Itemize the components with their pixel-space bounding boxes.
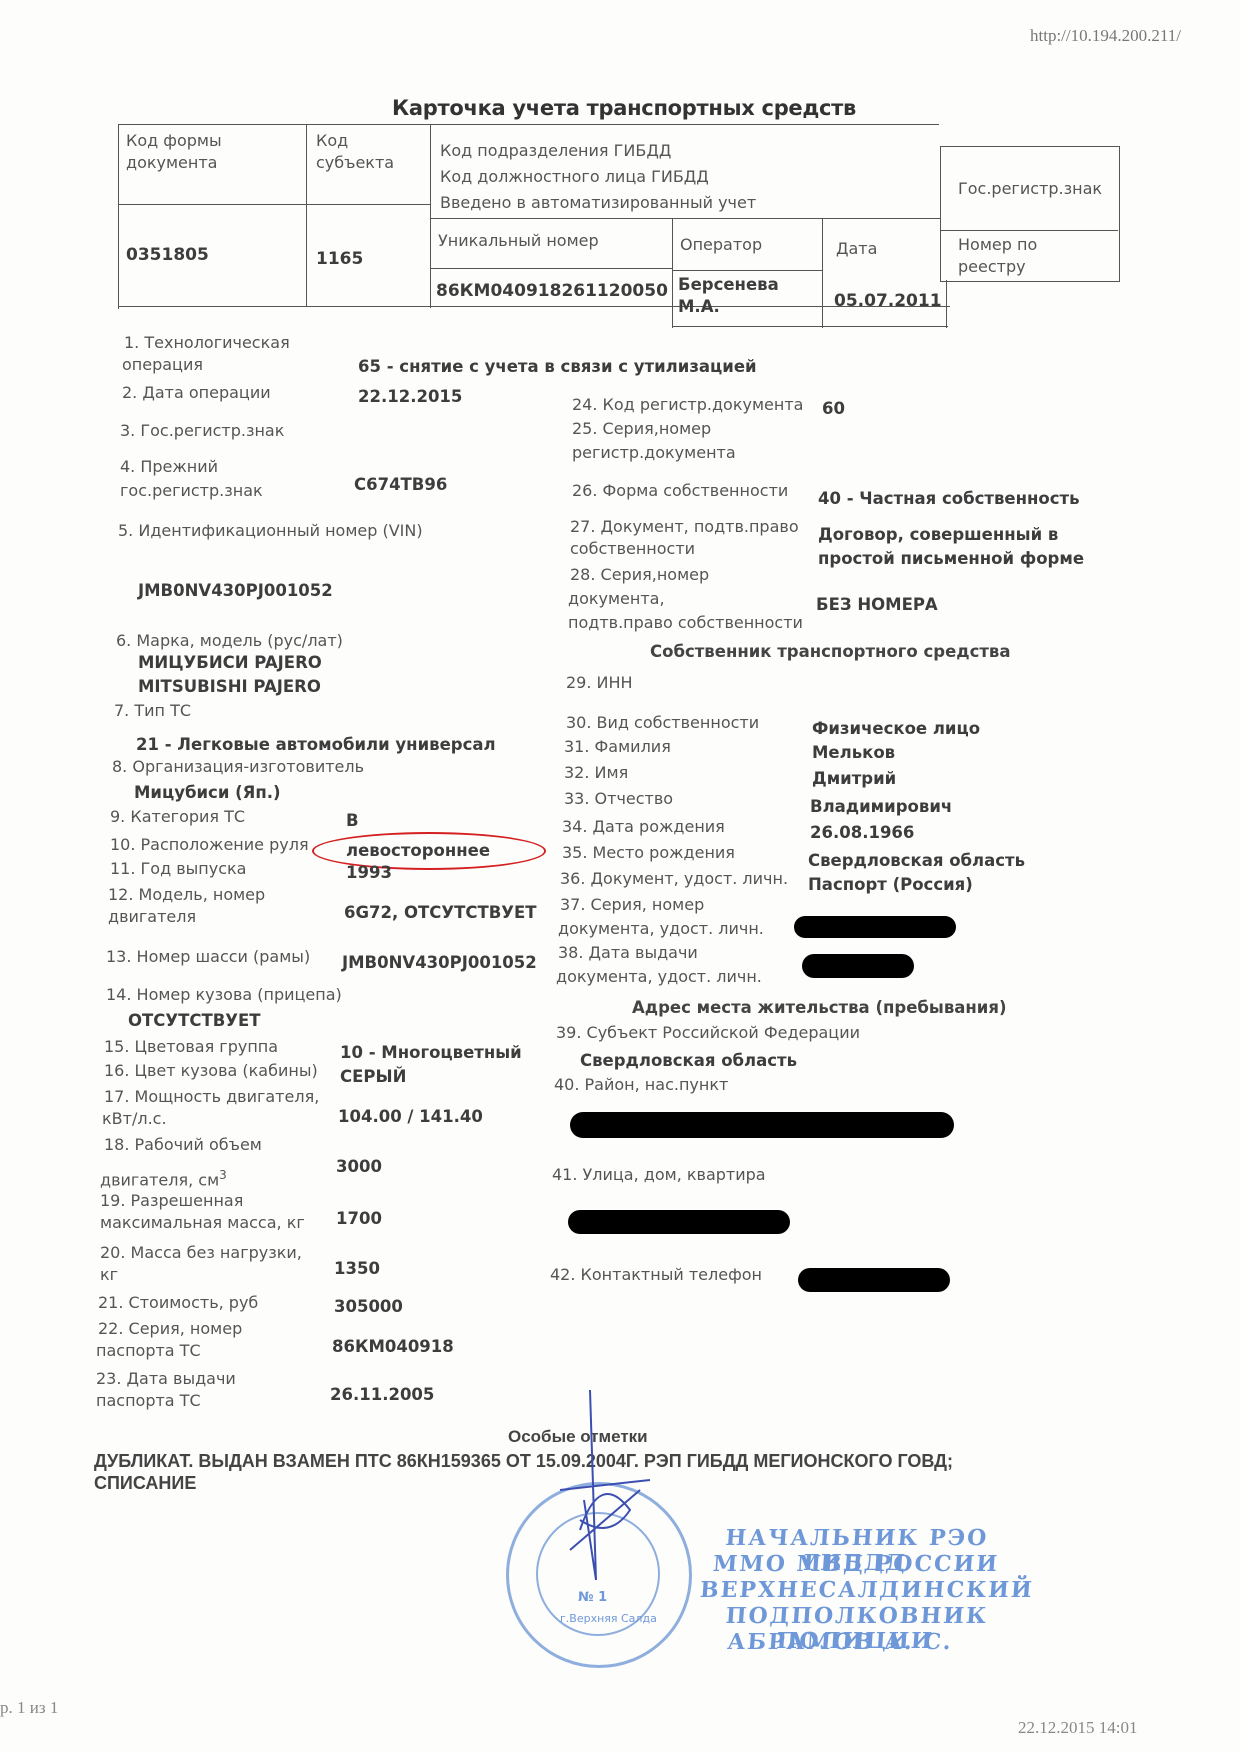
field-12-value: 6G72, ОТСУТСТВУЕТ <box>344 902 537 924</box>
field-32-value: Дмитрий <box>812 768 896 790</box>
field-19-value: 1700 <box>336 1208 382 1230</box>
special-marks-line-1: ДУБЛИКАТ. ВЫДАН ВЗАМЕН ПТС 86КН159365 ОТ… <box>94 1450 953 1472</box>
field-17-label: 17. Мощность двигателя, <box>104 1086 319 1108</box>
field-13-label: 13. Номер шасси (рамы) <box>106 946 310 968</box>
field-20-value: 1350 <box>334 1258 380 1280</box>
field-1-label-2: операция <box>122 354 203 376</box>
date-label: Дата <box>836 238 877 260</box>
field-18-value: 3000 <box>336 1156 382 1178</box>
field-6-value-lat: MITSUBISHI PAJERO <box>138 676 321 698</box>
field-34-label: 34. Дата рождения <box>562 816 725 838</box>
field-16-label: 16. Цвет кузова (кабины) <box>104 1060 318 1082</box>
field-4-value: С674ТВ96 <box>354 474 447 496</box>
operator-label: Оператор <box>680 234 762 256</box>
field-39-value: Свердловская область <box>580 1050 797 1072</box>
field-10-label: 10. Расположение руля <box>110 834 309 856</box>
field-12-label-2: двигателя <box>108 906 196 928</box>
field-11-value: 1993 <box>346 862 392 884</box>
registry-label-1: Номер по <box>958 234 1037 256</box>
subject-code-label: Код субъекта <box>308 124 418 204</box>
print-timestamp: 22.12.2015 14:01 <box>1018 1718 1137 1738</box>
field-28-value: БЕЗ НОМЕРА <box>816 594 938 616</box>
field-1-value: 65 - снятие с учета в связи с утилизацие… <box>358 356 757 378</box>
field-4-label: 4. Прежний <box>120 456 218 478</box>
field-36-value: Паспорт (Россия) <box>808 874 973 896</box>
field-33-value: Владимирович <box>810 796 952 818</box>
field-39-label: 39. Субъект Российской Федерации <box>556 1022 860 1044</box>
form-code-label: Код формы документа <box>118 124 306 204</box>
field-23-value: 26.11.2005 <box>330 1384 434 1406</box>
field-18-label-text: двигателя, см <box>100 1170 219 1189</box>
field-26-label: 26. Форма собственности <box>572 480 788 502</box>
field-38-label-2: документа, удост. личн. <box>556 966 762 988</box>
stamp-line-2: ММО МВД РОССИИ <box>695 1552 1017 1577</box>
field-20-label-2: кг <box>100 1264 118 1286</box>
field-17-label-2: кВт/л.с. <box>102 1108 167 1130</box>
field-29-label: 29. ИНН <box>566 672 633 694</box>
field-24-label: 24. Код регистр.документа <box>572 394 803 416</box>
address-section-heading: Адрес места жительства (пребывания) <box>632 998 1007 1017</box>
field-21-label: 21. Стоимость, руб <box>98 1292 258 1314</box>
field-23-label-2: паспорта ТС <box>96 1390 201 1412</box>
field-27-value: Договор, совершенный в <box>818 524 1058 546</box>
redacted-street <box>568 1210 790 1234</box>
field-23-label: 23. Дата выдачи <box>96 1368 236 1390</box>
field-15-value: 10 - Многоцветный <box>340 1042 522 1064</box>
special-marks-line-2: СПИСАНИЕ <box>94 1472 196 1494</box>
field-20-label: 20. Масса без нагрузки, <box>100 1242 302 1264</box>
field-17-value: 104.00 / 141.40 <box>338 1106 483 1128</box>
stamp-line-5: АБРАМОВ А. С. <box>679 1630 1001 1655</box>
stamp-line-3: ВЕРХНЕСАЛДИНСКИЙ <box>699 1578 1021 1603</box>
owner-section-heading: Собственник транспортного средства <box>650 642 1011 661</box>
page-title: Карточка учета транспортных средств <box>392 96 856 120</box>
redacted-district <box>570 1112 954 1138</box>
field-40-label: 40. Район, нас.пункт <box>554 1074 728 1096</box>
field-1-label: 1. Технологическая <box>124 332 290 354</box>
redacted-document-number <box>794 916 956 938</box>
field-2-value: 22.12.2015 <box>358 386 462 408</box>
field-19-label: 19. Разрешенная <box>100 1190 243 1212</box>
field-21-value: 305000 <box>334 1296 403 1318</box>
field-8-label: 8. Организация-изготовитель <box>112 756 364 778</box>
field-9-label: 9. Категория ТС <box>110 806 245 828</box>
field-24-value: 60 <box>822 398 845 420</box>
cubic-superscript: 3 <box>219 1168 227 1182</box>
field-35-value: Свердловская область <box>808 850 1025 872</box>
field-11-label: 11. Год выпуска <box>110 858 246 880</box>
field-37-label: 37. Серия, номер <box>560 894 704 916</box>
subject-code-value: 1165 <box>308 242 371 276</box>
field-34-value: 26.08.1966 <box>810 822 914 844</box>
field-32-label: 32. Имя <box>564 762 628 784</box>
field-19-label-2: максимальная масса, кг <box>100 1212 305 1234</box>
field-12-label: 12. Модель, номер <box>108 884 265 906</box>
field-18-label: 18. Рабочий объем <box>104 1134 262 1156</box>
field-22-label-2: паспорта ТС <box>96 1340 201 1362</box>
field-2-label: 2. Дата операции <box>122 382 271 404</box>
official-code-label: Код должностного лица ГИБДД <box>440 166 709 188</box>
page-indicator: р. 1 из 1 <box>0 1698 58 1718</box>
field-4-label-2: гос.регистр.знак <box>120 480 263 502</box>
field-27-value-2: простой письменной форме <box>818 548 1084 570</box>
field-38-label: 38. Дата выдачи <box>558 942 698 964</box>
registry-label-2: реестру <box>958 256 1026 278</box>
field-18-label-2: двигателя, см3 <box>100 1164 227 1191</box>
field-22-label: 22. Серия, номер <box>98 1318 242 1340</box>
field-16-value: СЕРЫЙ <box>340 1066 406 1088</box>
field-5-label: 5. Идентификационный номер (VIN) <box>118 520 423 542</box>
field-14-label: 14. Номер кузова (прицепа) <box>106 984 342 1006</box>
field-41-label: 41. Улица, дом, квартира <box>552 1164 766 1186</box>
field-15-label: 15. Цветовая группа <box>104 1036 278 1058</box>
field-7-label: 7. Тип ТС <box>114 700 191 722</box>
field-27-label-2: собственности <box>570 538 695 560</box>
plate-label: Гос.регистр.знак <box>958 178 1102 200</box>
unique-number-label: Уникальный номер <box>438 230 599 252</box>
signature-icon <box>540 1380 660 1600</box>
field-27-label: 27. Документ, подтв.право <box>570 516 799 538</box>
field-25-label-2: регистр.документа <box>572 442 736 464</box>
field-28-label: 28. Серия,номер <box>570 564 709 586</box>
field-28-label-2: документа, <box>568 588 665 610</box>
seal-city: г.Верхняя Салда <box>560 1612 657 1625</box>
field-26-value: 40 - Частная собственность <box>818 488 1080 510</box>
field-22-value: 86КМ040918 <box>332 1336 454 1358</box>
field-25-label: 25. Серия,номер <box>572 418 711 440</box>
field-13-value: JMB0NV430PJ001052 <box>342 952 537 974</box>
field-28-label-3: подтв.право собственности <box>568 612 803 634</box>
field-31-value: Мельков <box>812 742 895 764</box>
redacted-issue-date <box>802 954 914 978</box>
field-8-value: Мицубиси (Яп.) <box>134 782 281 804</box>
form-code-value: 0351805 <box>118 238 217 272</box>
field-30-value: Физическое лицо <box>812 718 980 740</box>
field-5-value: JMB0NV430PJ001052 <box>138 580 333 602</box>
field-9-value: B <box>346 810 359 832</box>
field-6-label: 6. Марка, модель (рус/лат) <box>116 630 343 652</box>
unique-number-value: 86КМ040918261120050 <box>436 280 668 302</box>
operator-value-initials: М.А. <box>678 296 720 318</box>
operator-value-surname: Берсенева <box>678 274 779 296</box>
field-14-value: ОТСУТСТВУЕТ <box>128 1010 261 1032</box>
field-7-value: 21 - Легковые автомобили универсал <box>136 734 496 756</box>
field-31-label: 31. Фамилия <box>564 736 671 758</box>
field-36-label: 36. Документ, удост. личн. <box>560 868 788 890</box>
division-code-label: Код подразделения ГИБДД <box>440 140 671 162</box>
field-30-label: 30. Вид собственности <box>566 712 759 734</box>
field-3-label: 3. Гос.регистр.знак <box>120 420 284 442</box>
field-42-label: 42. Контактный телефон <box>550 1264 762 1286</box>
entered-label: Введено в автоматизированный учет <box>440 192 756 214</box>
field-33-label: 33. Отчество <box>564 788 673 810</box>
redacted-phone <box>798 1268 950 1292</box>
page-url: http://10.194.200.211/ <box>1030 26 1181 46</box>
field-37-label-2: документа, удост. личн. <box>558 918 764 940</box>
field-35-label: 35. Место рождения <box>562 842 735 864</box>
field-6-value-rus: МИЦУБИСИ PAJERO <box>138 652 322 674</box>
date-value: 05.07.2011 <box>834 290 942 312</box>
